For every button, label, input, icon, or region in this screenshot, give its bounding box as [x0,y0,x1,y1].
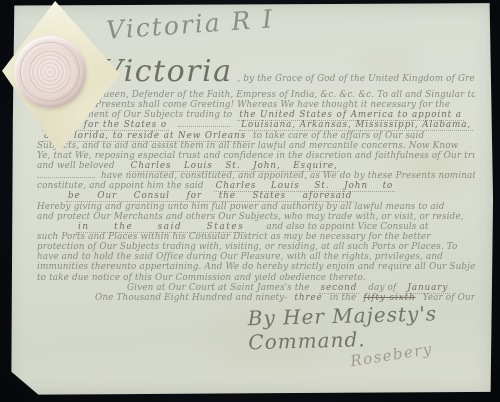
printed-text: Ye, that We, reposing especial trust and… [37,151,475,161]
document-line: Given at Our Court at Saint James's thes… [37,283,475,293]
printed-text: have nominated, constituted, and appoint… [101,171,475,181]
closing-formula: By Her Majesty's Command. [247,300,500,355]
printed-text: and well beloved [37,161,115,171]
illuminated-word: Victoria [101,54,232,89]
document-line: Subjects, and to aid and assist them in … [37,141,475,151]
printed-text: Subjects, and to aid and assist them in … [37,141,458,151]
printed-text: Hereby giving and granting unto him full… [37,202,445,212]
document-line: and protect Our Merchants and others Our… [37,212,475,222]
printed-text: in the [330,293,357,303]
printed-text: to take due notice of this Our Commissio… [37,273,366,283]
document-line: in the said Statesand also to appoint Vi… [37,222,475,232]
photo-background: Victoria R I Victoria, by the Grace of G… [0,0,500,402]
document-line: be Our Consul for the States aforesaid [37,191,475,201]
printed-text: have and to hold the said Office during … [37,252,443,262]
printed-text: protection of Our Subjects trading with,… [37,242,458,252]
dotted-rule [178,120,230,127]
document-line: have nominated, constituted, and appoint… [37,171,475,181]
printed-text: constitute, and appoint him the said [37,181,204,191]
document-line: and well belovedCharles Louis St. John, … [37,161,475,171]
printed-text: day of [368,283,396,293]
document-line: Ye, that We, reposing especial trust and… [37,151,475,161]
document-line: whom these Presents shall come Greeting!… [37,100,475,110]
printed-text: to take care of the affairs of Our said [253,131,424,141]
document-line: have and to hold the said Office during … [37,252,475,262]
document-line: constitute, and appoint him the saidChar… [37,181,475,191]
printed-text: whom these Presents shall come Greeting!… [37,100,450,110]
handwritten-date-year: three [292,293,324,303]
printed-text: and also to appoint Vice Consuls at [266,222,428,232]
printed-text: , by the Grace of God of the United King… [237,74,475,84]
document-line: immunities thereunto appertaining. And W… [37,262,475,272]
printed-text: One Thousand Eight Hundred and ninety- [95,293,287,303]
printed-text: such Ports and Places within his Consula… [37,232,431,242]
document-line: protection of Our Subjects trading with,… [37,242,475,252]
document-line: such Ports and Places within his Consula… [37,232,475,242]
printed-text: Given at Our Court at Saint James's the [127,283,310,293]
document-line: Hereby giving and granting unto him full… [37,202,475,212]
document-line: Consul for the States oLouisiana, Arkans… [37,120,475,130]
printed-text: and protect Our Merchants and others Our… [37,212,464,222]
dotted-rule [37,171,95,178]
embossed-royal-seal-icon [14,36,86,108]
document-line: and Florida, to reside at New Orleansto … [37,131,475,141]
document-line: to take due notice of this Our Commissio… [37,273,475,283]
document-line: encouragement of Our Subjects trading to… [37,110,475,120]
printed-text: immunities thereunto appertaining. And W… [37,262,475,272]
